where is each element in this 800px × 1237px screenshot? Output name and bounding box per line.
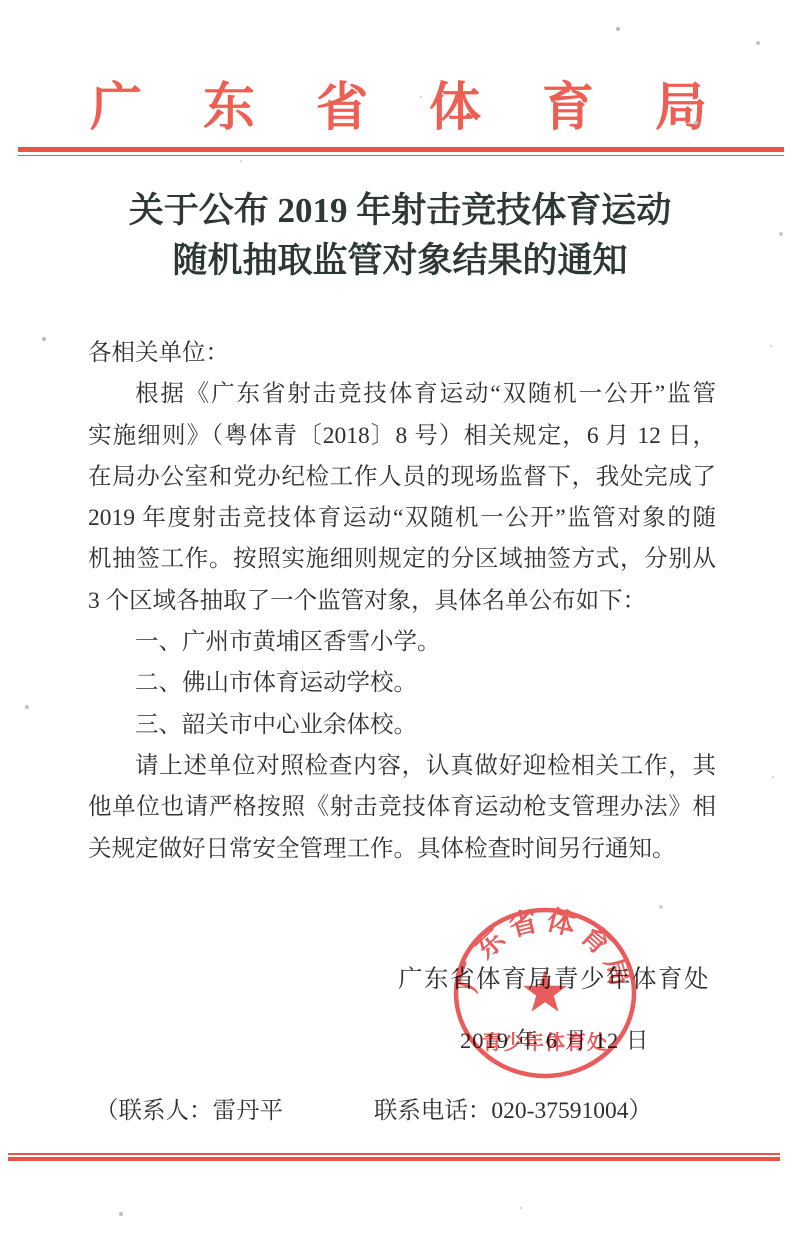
footer-rule-thin <box>8 1153 780 1155</box>
body-line: 请上述单位对照检查内容，认真做好迎检相关工作，其 <box>88 746 716 787</box>
scan-noise <box>0 0 2 2</box>
document-body: 各相关单位： 根据《广东省射击竞技体育运动“双随机一公开”监管 实施细则》（粤体… <box>88 333 716 870</box>
letterhead-agency-title: 广东省体育局 <box>90 82 768 136</box>
body-line-salutation: 各相关单位： <box>88 333 716 374</box>
body-line: 实施细则》（粤体青〔2018〕8 号）相关规定，6 月 12 日， <box>88 416 716 457</box>
body-line: 他单位也请严格按照《射击竞技体育运动枪支管理办法》相 <box>88 787 716 828</box>
body-line-item-2: 二、佛山市体育运动学校。 <box>88 663 716 704</box>
document-title-line1: 关于公布 2019 年射击竞技体育运动 <box>0 186 800 236</box>
document-title: 关于公布 2019 年射击竞技体育运动 随机抽取监管对象结果的通知 <box>0 186 800 286</box>
footer-rule-thick <box>8 1157 780 1162</box>
contact-line: （联系人：雷丹平 联系电话：020-37591004） <box>95 1091 652 1125</box>
body-line: 3 个区域各抽取了一个监管对象，具体名单公布如下： <box>88 581 716 622</box>
document-title-line2: 随机抽取监管对象结果的通知 <box>0 236 800 286</box>
document-page: 广东省体育局 关于公布 2019 年射击竞技体育运动 随机抽取监管对象结果的通知… <box>0 0 800 1237</box>
body-line: 在局办公室和党办纪检工作人员的现场监督下，我处完成了 <box>88 457 716 498</box>
signature-department: 广东省体育局青少年体育处 <box>88 960 710 995</box>
body-line: 2019 年度射击竞技体育运动“双随机一公开”监管对象的随 <box>88 498 716 539</box>
letterhead-rule-thin <box>18 155 784 157</box>
body-line: 关规定做好日常安全管理工作。具体检查时间另行通知。 <box>88 829 716 870</box>
body-line: 机抽签工作。按照实施细则规定的分区域抽签方式，分别从 <box>88 539 716 580</box>
body-line-item-3: 三、韶关市中心业余体校。 <box>88 705 716 746</box>
contact-phone: 联系电话：020-37591004） <box>374 1098 652 1124</box>
contact-person: （联系人：雷丹平 <box>95 1098 283 1124</box>
body-line: 根据《广东省射击竞技体育运动“双随机一公开”监管 <box>88 374 716 415</box>
letterhead-rule-thick <box>18 147 784 152</box>
signature-date: 2019 年 6 月 12 日 <box>460 1023 649 1055</box>
body-line-item-1: 一、广州市黄埔区香雪小学。 <box>88 622 716 663</box>
